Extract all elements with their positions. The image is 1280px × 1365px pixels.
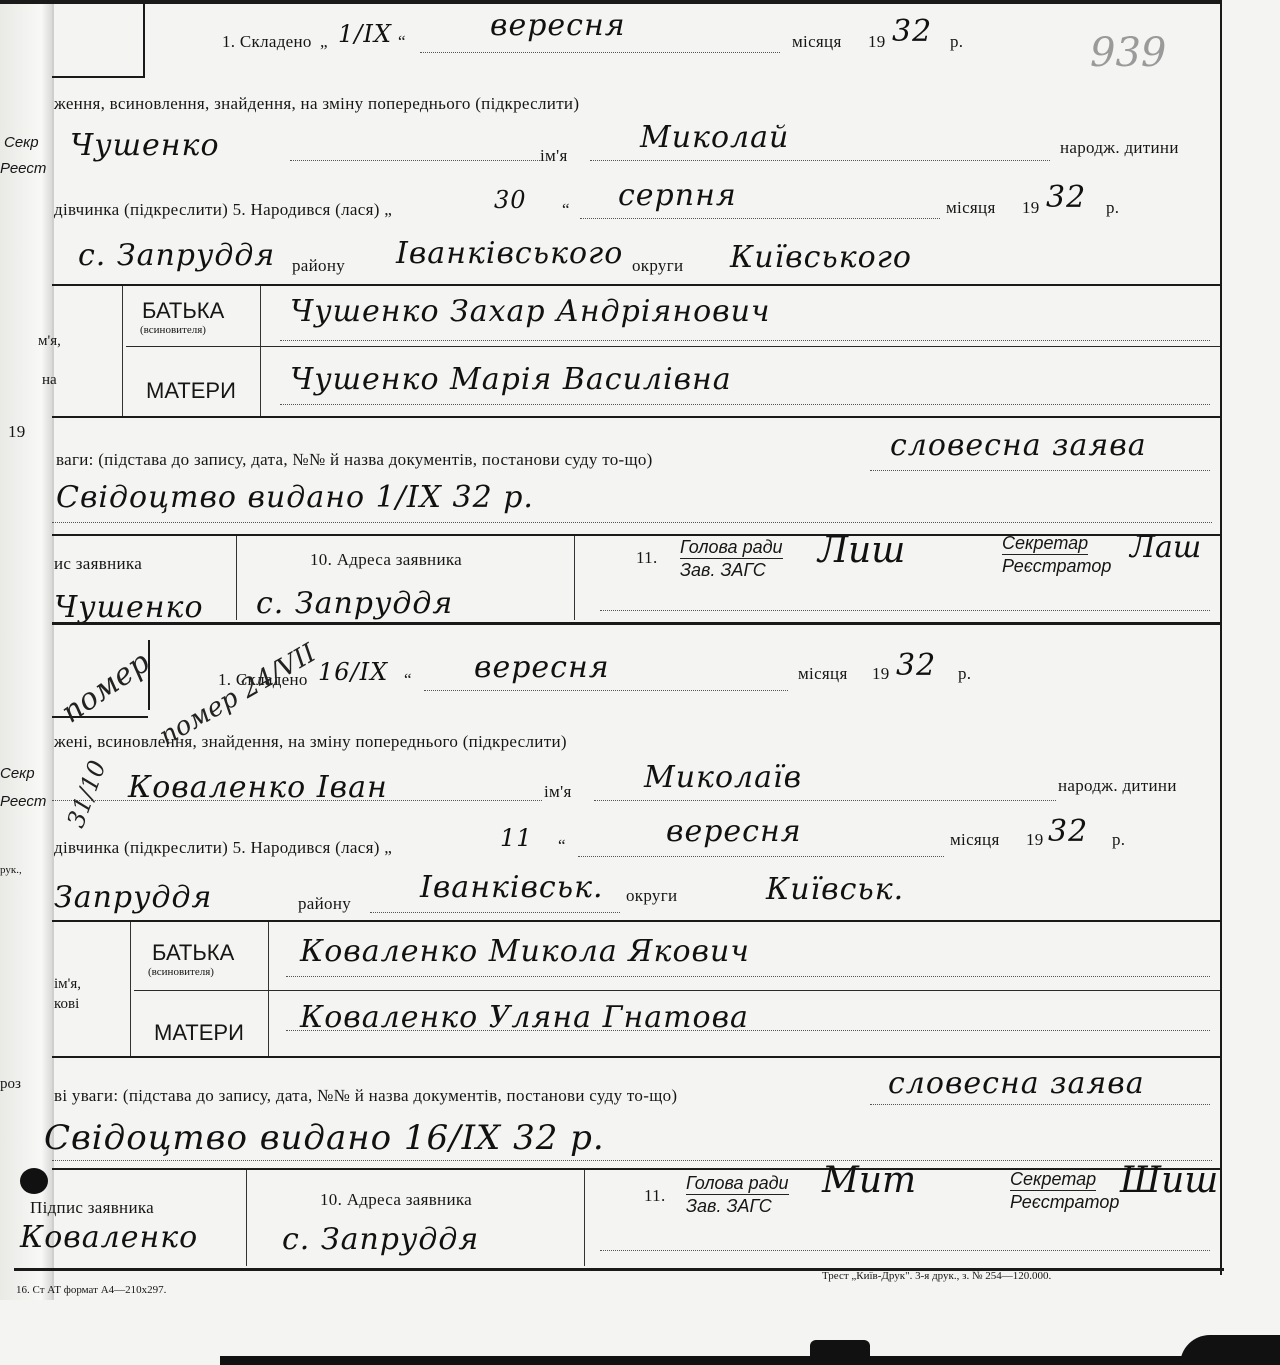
child-given-name: Миколаїв <box>644 760 802 795</box>
field-11-label: 11. <box>636 548 658 568</box>
child-given-name: Миколай <box>640 120 789 155</box>
father-sublabel: (всиновителя) <box>140 324 206 336</box>
name-label: ім'я <box>540 146 568 166</box>
raion: Іванківського <box>396 236 623 271</box>
village: с. Запруддя <box>78 238 275 273</box>
record-type-line: ження, всиновлення, знайдення, на зміну … <box>54 94 579 114</box>
birth-month: вересня <box>666 814 802 849</box>
sex-label: дівчинка (підкреслити) 5. Народився (лас… <box>54 200 392 220</box>
cut-label: кові <box>54 996 79 1013</box>
stub-label: Реест <box>0 793 46 810</box>
sex-label: дівчинка (підкреслити) 5. Народився (лас… <box>54 838 392 858</box>
birth-label: народж. дитини <box>1060 138 1179 158</box>
secretary-title: Секретар Реєстратор <box>1010 1168 1119 1213</box>
applicant-signature-label: ис заявника <box>54 554 142 574</box>
mother-name: Чушенко Марія Василівна <box>290 362 732 397</box>
cut-label: ім'я, <box>54 976 81 993</box>
raion: Іванківськ. <box>420 870 604 905</box>
okruha: Київського <box>730 240 912 275</box>
scan-edge-shadow <box>220 1356 1280 1365</box>
father-name: Чушенко Захар Андріянович <box>290 294 771 329</box>
raion-label: району <box>298 894 351 914</box>
cut-label: м'я, <box>38 333 61 350</box>
raion-label: району <box>292 256 345 276</box>
head-signature: Лиш <box>818 530 905 571</box>
applicant-address: с. Запруддя <box>256 586 453 621</box>
ink-blot <box>20 1168 48 1194</box>
secretary-title: Секретар Реєстратор <box>1002 532 1111 577</box>
footer-printer: Трест „Київ-Друк". 3-я друк., з. № 254—1… <box>822 1270 1051 1282</box>
notes-line-1: словесна заява <box>890 428 1147 463</box>
scan-edge-shadow <box>1180 1335 1280 1365</box>
applicant-address: с. Запруддя <box>282 1222 479 1257</box>
notes-line-1: словесна заява <box>888 1066 1145 1101</box>
secretary-signature: Лаш <box>1130 530 1201 565</box>
secretary-signature: Шиш <box>1120 1160 1218 1201</box>
footer-format: 16. Ст АТ формат А4—210х297. <box>16 1284 166 1296</box>
field-1-month: вересня <box>474 650 610 685</box>
birth-month: серпня <box>618 178 737 213</box>
field-1-month: вересня <box>490 8 626 43</box>
father-name: Коваленко Микола Якович <box>300 934 750 969</box>
mother-label: МАТЕРИ <box>146 378 236 404</box>
birth-label: народж. дитини <box>1058 776 1177 796</box>
month-label: місяця <box>798 664 848 684</box>
okruha-label: округи <box>632 256 683 276</box>
frame-right-border <box>1220 0 1222 1275</box>
record-number-box-border <box>52 76 144 78</box>
record-number-box-border <box>143 0 145 78</box>
birth-day: 30 <box>494 186 527 214</box>
applicant-signature: Коваленко <box>20 1220 198 1255</box>
margin-annotation: 31/10 <box>62 757 112 832</box>
stub-label: 19 <box>8 422 26 442</box>
field-1-year: 32 <box>892 14 932 49</box>
father-label: БАТЬКА <box>152 940 234 966</box>
notes-line-2: Свідоцтво видано 16/IX 32 р. <box>44 1118 605 1158</box>
record-type-line: жені, всиновлення, знайдення, на зміну п… <box>54 732 567 752</box>
field-1-label: 1. Складено <box>222 32 312 52</box>
birth-day: 11 <box>500 824 533 852</box>
birth-year: 32 <box>1048 814 1088 849</box>
address-label: 10. Адреса заявника <box>310 550 462 570</box>
stub-label: Реест <box>0 160 46 177</box>
notes-label: ваги: (підстава до запису, дата, №№ й на… <box>56 450 653 470</box>
child-surname: Чушенко <box>70 128 220 163</box>
head-title: Голова ради Зав. ЗАГС <box>680 536 783 581</box>
name-label: ім'я <box>544 782 572 802</box>
cut-label: роз <box>0 1076 21 1093</box>
scan-edge-shadow <box>810 1340 870 1365</box>
applicant-signature-label: Підпис заявника <box>30 1198 154 1218</box>
notes-line-2: Свідоцтво видано 1/IX 32 р. <box>56 480 534 515</box>
head-signature: Мит <box>822 1160 916 1201</box>
head-title: Голова ради Зав. ЗАГС <box>686 1172 789 1217</box>
field-1-year: 32 <box>896 648 936 683</box>
frame-top-border <box>0 0 1222 4</box>
address-label: 10. Адреса заявника <box>320 1190 472 1210</box>
field-11-label: 11. <box>644 1186 666 1206</box>
month-label: місяця <box>792 32 842 52</box>
document-page: Секр Реест 19 Секр Реест рук., м'я, на і… <box>0 0 1280 1365</box>
father-label: БАТЬКА <box>142 298 224 324</box>
pencil-archive-number: 939 <box>1090 30 1166 76</box>
village: Запруддя <box>54 880 212 915</box>
field-1-day: 1/IX <box>338 20 392 48</box>
father-sublabel: (всиновителя) <box>148 966 214 978</box>
mother-label: МАТЕРИ <box>154 1020 244 1046</box>
okruha: Київськ. <box>766 872 904 907</box>
okruha-label: округи <box>626 886 677 906</box>
binding-stub <box>0 0 54 1300</box>
field-1-day: 16/IX <box>318 658 388 686</box>
notes-label: ві уваги: (підстава до запису, дата, №№ … <box>54 1086 677 1106</box>
cut-label: на <box>42 372 57 389</box>
stub-label: рук., <box>0 864 22 876</box>
stub-label: Секр <box>4 134 39 151</box>
stub-label: Секр <box>0 765 35 782</box>
applicant-signature: Чушенко <box>54 590 204 625</box>
birth-year: 32 <box>1046 180 1086 215</box>
